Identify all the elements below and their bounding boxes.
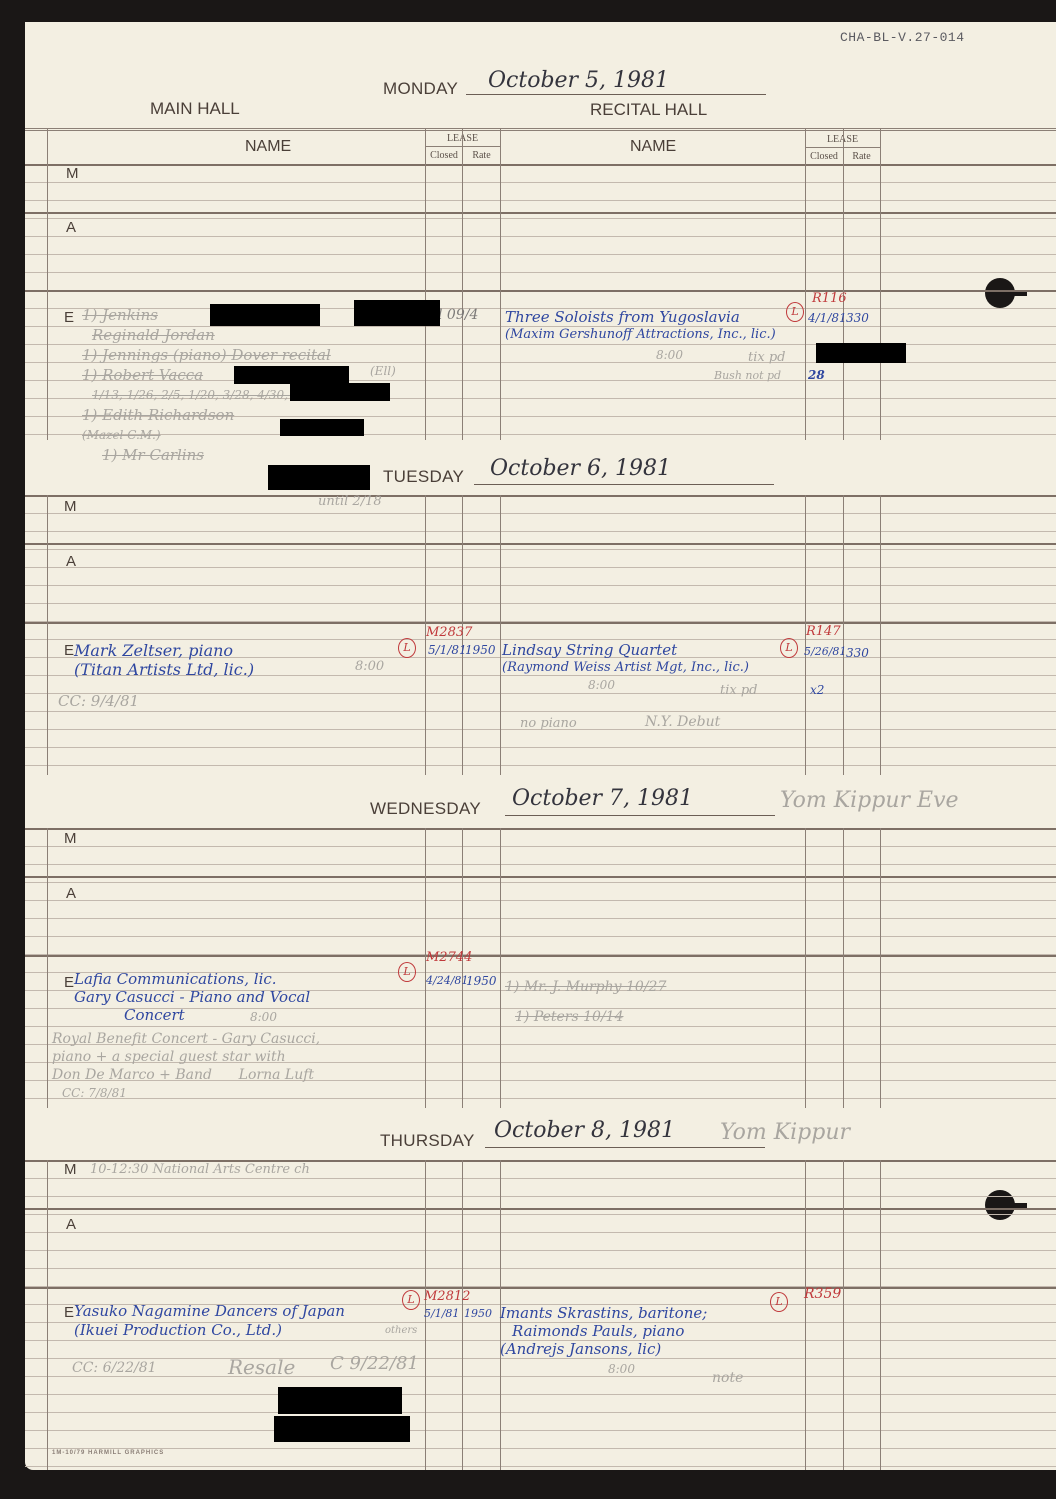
day-label-thursday: THURSDAY bbox=[380, 1131, 475, 1151]
lease-rate: 1950 bbox=[465, 643, 496, 657]
redaction bbox=[354, 300, 440, 326]
lease-marker: L bbox=[398, 638, 416, 658]
redaction bbox=[816, 343, 906, 363]
date-wednesday: October 7, 1981 bbox=[512, 786, 693, 811]
main-hall-header: MAIN HALL bbox=[150, 99, 240, 119]
recital-hall-header: RECITAL HALL bbox=[590, 100, 707, 120]
lease-rate: 1950 bbox=[466, 974, 497, 988]
reference-code: CHA-BL-V.27-014 bbox=[840, 30, 965, 45]
lease-marker: L bbox=[402, 1290, 420, 1310]
thursday-main-entry: Yasuko Nagamine Dancers of Japan (Ikuei … bbox=[74, 1302, 345, 1340]
lease-rate: 330 bbox=[846, 646, 869, 660]
day-label-monday: MONDAY bbox=[383, 79, 458, 99]
tuesday-recital-entry: Lindsay String Quartet (Raymond Weiss Ar… bbox=[502, 641, 749, 677]
date-tuesday: October 6, 1981 bbox=[490, 456, 671, 481]
printer-imprint: 1M-10/79 HARMILL GRAPHICS bbox=[52, 1450, 164, 1456]
lease-rate: 1950 bbox=[464, 1307, 492, 1320]
lease-closed: 5/1/81 bbox=[428, 643, 467, 657]
annotation-wednesday: Yom Kippur Eve bbox=[780, 788, 959, 813]
wednesday-main-notes: Royal Benefit Concert - Gary Casucci, pi… bbox=[52, 1030, 320, 1102]
contract-number: R359 bbox=[804, 1286, 841, 1302]
lease-marker: L bbox=[786, 302, 804, 322]
lease-closed: 5/26/81 bbox=[804, 645, 846, 658]
redaction bbox=[210, 304, 320, 326]
wednesday-recital-entry: 1) Mr. J. Murphy 10/27 1) Peters 10/14 bbox=[505, 972, 666, 1032]
table-header: NAME LEASE Closed Rate NAME LEASE Closed… bbox=[25, 128, 1056, 167]
lease-closed: 4/1/81 bbox=[808, 311, 847, 325]
annotation-thursday: Yom Kippur bbox=[720, 1120, 850, 1145]
lease-marker: L bbox=[398, 962, 416, 982]
redaction bbox=[280, 419, 364, 436]
contract-number: M2812 bbox=[424, 1289, 470, 1304]
lease-marker: L bbox=[770, 1292, 788, 1312]
redaction bbox=[268, 465, 370, 490]
main-name-header: NAME bbox=[245, 138, 291, 156]
date-thursday: October 8, 1981 bbox=[494, 1118, 675, 1143]
thursday-recital-entry: Imants Skrastins, baritone; Raimonds Pau… bbox=[500, 1304, 707, 1358]
lease-marker: L bbox=[780, 638, 798, 658]
ledger-sheet bbox=[25, 22, 1056, 1470]
tuesday-main-entry: Mark Zeltser, piano (Titan Artists Ltd, … bbox=[74, 641, 254, 679]
day-label-tuesday: TUESDAY bbox=[383, 467, 464, 487]
contract-number: M2744 bbox=[426, 950, 472, 965]
binder-hole-bottom bbox=[985, 1190, 1015, 1220]
day-label-wednesday: WEDNESDAY bbox=[370, 799, 481, 819]
lease-closed: 5/1/81 bbox=[424, 1307, 459, 1320]
redaction bbox=[290, 383, 390, 401]
monday-recital-entry: Three Soloists from Yugoslavia (Maxim Ge… bbox=[505, 308, 776, 344]
recital-name-header: NAME bbox=[630, 138, 676, 156]
lease-closed: 4/24/81 bbox=[426, 974, 468, 987]
binder-hole-top bbox=[985, 278, 1015, 308]
contract-number: R147 bbox=[806, 624, 841, 639]
redaction bbox=[278, 1387, 402, 1414]
redaction bbox=[234, 366, 349, 384]
lease-rate: 330 bbox=[846, 311, 869, 325]
date-monday: October 5, 1981 bbox=[488, 68, 669, 93]
redaction bbox=[274, 1416, 410, 1442]
contract-number: R116 bbox=[812, 291, 847, 306]
contract-number: M2837 bbox=[426, 625, 472, 640]
